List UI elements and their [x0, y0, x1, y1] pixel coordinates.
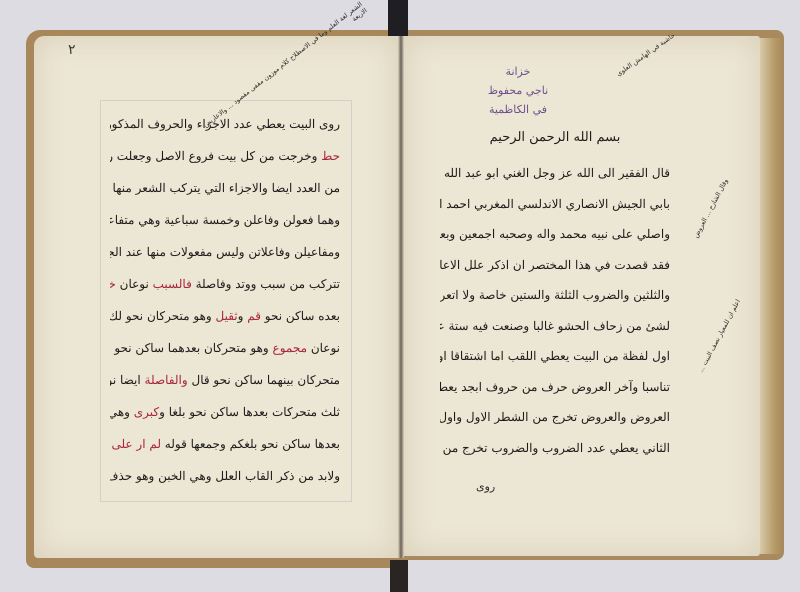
text-line: فقد قصدت في هذا المختصر ان اذكر علل الاع…	[440, 250, 670, 281]
text-line: ثلث متحركات بعدها ساكن نحو بلغا وكبرى وه…	[110, 396, 340, 428]
book-gutter	[398, 36, 404, 558]
text-line: اول لفظة من البيت يعطي اللقب اما اشتقاقا…	[440, 341, 670, 372]
text-line: روى البيت يعطي عدد الاجزاء والحروف المذك…	[110, 108, 340, 140]
text-line: العروض والعروض تخرج من الشطر الاول واول …	[440, 402, 670, 433]
text-line: تتركب من سبب ووتد وفاصلة فالسبب نوعان خف…	[110, 268, 340, 300]
right-page-text: قال الفقير الى الله عز وجل الغني ابو عبد…	[440, 158, 670, 463]
text-line: قال الفقير الى الله عز وجل الغني ابو عبد…	[440, 158, 670, 189]
text-line: بابي الجيش الانصاري الاندلسي المغربي احم…	[440, 189, 670, 220]
text-line: الثاني يعطي عدد الضروب والضروب تخرج من ا…	[440, 433, 670, 464]
binding-strap-top	[388, 0, 408, 38]
basmala-heading: بسم الله الرحمن الرحيم	[470, 130, 640, 145]
binding-strap-bottom	[390, 560, 408, 592]
page-number: ٢	[68, 42, 76, 58]
stamp-line: خزانة	[478, 62, 558, 81]
page-fore-edge	[760, 38, 782, 554]
text-line: وهما فعولن وفاعلن وخمسة سباعية وهي متفاع…	[110, 204, 340, 236]
text-line: تناسبا وآخر العروض حرف من حروف ابجد يعطي…	[440, 372, 670, 403]
text-line: واصلي على نبيه محمد واله وصحبه اجمعين وب…	[440, 219, 670, 250]
stamp-line: ناجي محفوظ	[478, 81, 558, 100]
text-line: بعده ساكن نحو قم وثقيل وهو متحركان نحو ل…	[110, 300, 340, 332]
text-line: من العدد ايضا والاجزاء التي يتركب الشعر …	[110, 172, 340, 204]
text-line: حط وخرجت من كل بيت فروع الاصل وجعلت روى …	[110, 140, 340, 172]
left-page-text: روى البيت يعطي عدد الاجزاء والحروف المذك…	[110, 108, 340, 492]
text-line: لشئ من زحاف الحشو غالبا وصنعت فيه ستة عش…	[440, 311, 670, 342]
catchword: روى	[476, 480, 495, 493]
text-line: والثلثين والضروب الثلثة والستين خاصة ولا…	[440, 280, 670, 311]
stamp-line: في الكاظمية	[478, 100, 558, 119]
library-stamp: خزانة ناجي محفوظ في الكاظمية	[478, 62, 558, 119]
text-line: ولابد من ذكر القاب العلل وهي الخبن وهو ح…	[110, 460, 340, 492]
text-line: ومفاعيلن وفاعلاتن وليس مفعولات منها عند …	[110, 236, 340, 268]
text-line: نوعان مجموع وهو متحركان بعدهما ساكن نحو …	[110, 332, 340, 364]
text-line: متحركان بينهما ساكن نحو قال والفاصلة ايض…	[110, 364, 340, 396]
text-line: بعدها ساكن نحو بلغكم وجمعها قوله لم ار ع…	[110, 428, 340, 460]
